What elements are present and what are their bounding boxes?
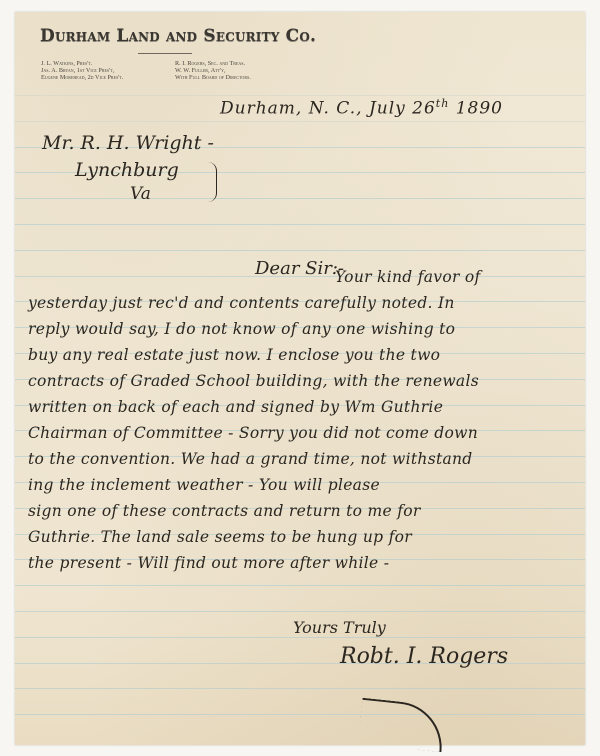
recipient-state: Va: [130, 184, 151, 204]
ruled-line: [15, 224, 585, 225]
dateline: Durham, N. C., July 26th 1890: [220, 97, 503, 119]
ruled-line: [15, 585, 585, 586]
letter-line: Guthrie. The land sale seems to be hung …: [28, 528, 412, 546]
letter-line: written on back of each and signed by Wm…: [28, 398, 443, 416]
letter-line: Your kind favor of: [335, 268, 481, 286]
officer-line: Eugene Morehead, 2d Vice Pres't.: [41, 74, 123, 81]
letter-line: to the convention. We had a grand time, …: [28, 450, 473, 468]
letter-line: reply would say, I do not know of any on…: [28, 320, 455, 338]
officer-line: With Full Board of Directors.: [175, 74, 251, 81]
ruled-line: [15, 121, 585, 122]
salutation: Dear Sir:-: [255, 258, 344, 279]
letter-sheet: Durham Land and Security Co. J. L. Watki…: [15, 12, 585, 745]
dateline-date: July 26: [369, 99, 436, 119]
dateline-suffix: th: [436, 97, 450, 110]
officer-line: W. W. Fuller, Att'y,: [175, 67, 251, 74]
address-brace: [208, 162, 217, 202]
signature: Robt. I. Rogers: [340, 644, 508, 669]
ruled-line: [15, 714, 585, 715]
ruled-line: [15, 198, 585, 199]
recipient-city: Lynchburg: [75, 159, 179, 181]
letter-line: ing the inclement weather - You will ple…: [28, 476, 380, 494]
ruled-line: [15, 611, 585, 612]
officer-line: R. I. Rogers, Sec. and Treas.: [175, 60, 251, 67]
dateline-place: Durham, N. C.,: [220, 99, 363, 119]
letter-line: the present - Will find out more after w…: [28, 554, 389, 572]
letter-line: contracts of Graded School building, wit…: [28, 372, 479, 390]
ruled-line: [15, 688, 585, 689]
officer-line: J. L. Watkins, Pres't.: [41, 60, 123, 67]
officers-right: R. I. Rogers, Sec. and Treas. W. W. Full…: [175, 60, 251, 82]
letter-line: sign one of these contracts and return t…: [28, 502, 421, 520]
recipient-name: Mr. R. H. Wright -: [42, 132, 214, 154]
officer-line: Jas. A. Bryan, 1st Vice Pres't,: [41, 67, 123, 74]
officers-left: J. L. Watkins, Pres't. Jas. A. Bryan, 1s…: [41, 60, 123, 82]
dateline-year: 1890: [456, 99, 503, 119]
ruled-line: [15, 250, 585, 251]
letter-line: yesterday just rec'd and contents carefu…: [28, 294, 455, 312]
ruled-line: [15, 95, 585, 96]
letter-line: Chairman of Committee - Sorry you did no…: [28, 424, 478, 442]
letter-line: buy any real estate just now. I enclose …: [28, 346, 440, 364]
letterhead-company-name: Durham Land and Security Co.: [40, 26, 316, 46]
closing: Yours Truly: [293, 618, 386, 637]
letterhead-divider: [138, 53, 192, 54]
